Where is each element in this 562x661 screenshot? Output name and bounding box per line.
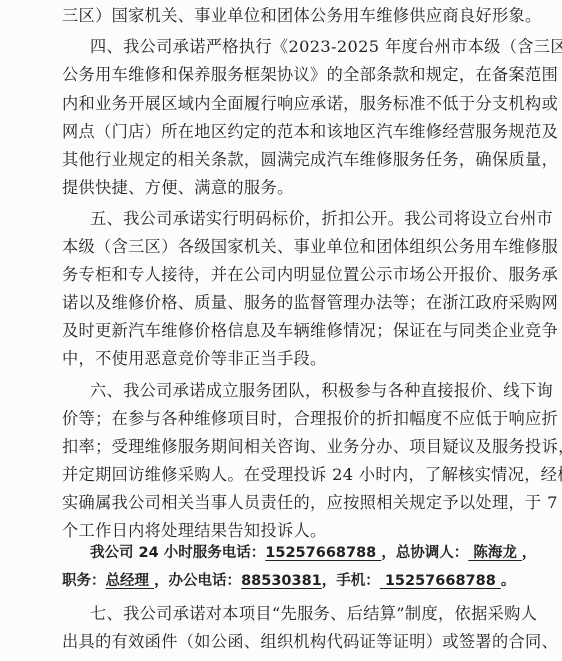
document-page: 三区）国家机关、事业单位和团体公务用车维修供应商良好形象。 四、我公司承诺严格执… (0, 0, 562, 661)
office-phone-value: 88530381 (241, 573, 322, 589)
text-line: 内和业务开展区域内全面履行响应承诺，服务标准不低于分支机构或 (62, 94, 502, 114)
contact-line-1: 我公司 24 小时服务电话：15257668788 ，总协调人： 陈海龙 ， (90, 543, 502, 563)
text-line: 公务用车维修和保养服务框架协议》的全部条款和规定，在备案范围 (62, 65, 502, 85)
contact-line-2: 职务：总经理 ，办公电话：88530381，手机： 15257668788 。 (62, 571, 502, 591)
period: 。 (501, 573, 516, 589)
text-line: 中，不使用恶意竞价等非正当手段。 (62, 349, 502, 369)
paragraph-six-start: 六、我公司承诺成立服务团队，积极参与各种直接报价、线下询 (90, 381, 502, 401)
paragraph-seven-start: 七、我公司承诺对本项目“先服务、后结算”制度，依据采购人 (90, 604, 502, 624)
comma: ， (522, 545, 537, 561)
office-phone-label: ，办公电话： (154, 573, 241, 589)
position-value: 总经理 (106, 573, 155, 589)
mobile-label: ，手机： (322, 573, 380, 589)
text-line: 扣率；受理维修服务期间相关咨询、业务分办、项目疑议及服务投诉， (62, 437, 502, 457)
text-line: 网点（门店）所在地区约定的范本和该地区汽车维修经营服务规范及 (62, 122, 502, 142)
text-line: 提供快捷、方便、满意的服务。 (62, 178, 502, 198)
text-line: 出具的有效函件（如公函、组织机构代码证等证明）或签署的合同、 (62, 632, 502, 652)
text-line: 诺以及维修价格、质量、服务的监督管理办法等；在浙江政府采购网 (62, 293, 502, 313)
hotline-label: 我公司 24 小时服务电话： (90, 545, 265, 561)
text-line: 务专柜和专人接待，并在公司内明显位置公示市场公开报价、服务承 (62, 265, 502, 285)
text-line: 本级（含三区）各级国家机关、事业单位和团体组织公务用车维修服 (62, 237, 502, 257)
text-line: 三区）国家机关、事业单位和团体公务用车维修供应商良好形象。 (62, 6, 502, 26)
paragraph-five-start: 五、我公司承诺实行明码标价，折扣公开。我公司将设立台州市 (90, 209, 502, 229)
text-line: 其他行业规定的相关条款，圆满完成汽车维修服务任务，确保质量， (62, 150, 502, 170)
coordinator-value: 陈海龙 (468, 545, 522, 561)
hotline-value: 15257668788 (265, 545, 381, 561)
mobile-value: 15257668788 (380, 573, 501, 589)
coordinator-label: ，总协调人： (381, 545, 468, 561)
text-line: 个工作日内将处理结果告知投诉人。 (62, 521, 502, 541)
paragraph-four-start: 四、我公司承诺严格执行《2023-2025 年度台州市本级（含三区） (90, 37, 502, 57)
position-label: 职务： (62, 573, 106, 589)
text-line: 价等；在参与各种维修项目时，合理报价的折扣幅度不应低于响应折 (62, 409, 502, 429)
text-line: 及时更新汽车维修价格信息及车辆维修情况；保证在与同类企业竞争 (62, 321, 502, 341)
text-line: 实确属我公司相关当事人员责任的，应按照相关规定予以处理，于 7 (62, 493, 502, 513)
text-line: 并定期回访维修采购人。在受理投诉 24 小时内，了解核实情况，经核 (62, 465, 502, 485)
